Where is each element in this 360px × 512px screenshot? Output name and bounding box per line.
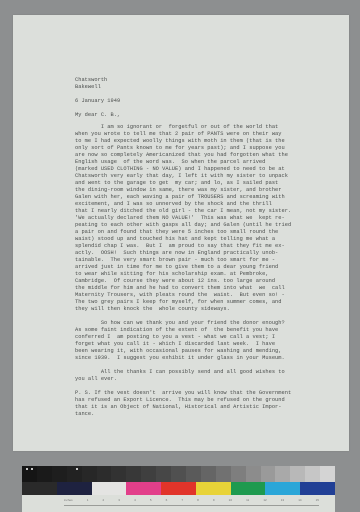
marker-dot [76,468,78,470]
colour-patch [265,482,300,495]
text-line: Chatsworth very early that day, I left i… [75,173,345,180]
text-line: Maternity Trousers, with pleats round th… [75,292,345,299]
grey-step [231,466,246,482]
text-line: been wearing it, with occasional pauses … [75,348,345,355]
text-line: to me I had expected woolly things with … [75,138,345,145]
ruler-label: 4 [134,498,136,505]
text-line: As some faint indication of the extent o… [75,327,345,334]
grey-step [186,466,201,482]
ruler-label: 10 [229,498,232,505]
grey-step [156,466,171,482]
grey-step [97,466,112,482]
grey-step [201,466,216,482]
grey-step [141,466,156,482]
grey-step [22,466,37,482]
ruler-label: 12 [263,498,266,505]
text-line: a pair on and found that they were 5 inc… [75,229,345,236]
grey-step [52,466,67,482]
text-line: excitement, and I was so unnerved by the… [75,201,345,208]
colour-patch [300,482,335,495]
grey-step [37,466,52,482]
text-line: that I nearly ditched the old girl - the… [75,208,345,215]
grey-step [171,466,186,482]
address-line: Bakewell [75,84,345,91]
grey-step [290,466,305,482]
colour-patch [126,482,161,495]
postscript: P. S. If the vest doesn't arrive you wil… [75,390,345,418]
marker-dot [26,468,28,470]
ruler-label: 15 [316,498,319,505]
text-line: arrived just in time for me to give them… [75,264,345,271]
text-line: they will then knock the whole county si… [75,306,345,313]
ruler-label: 3 [118,498,120,505]
grey-step [216,466,231,482]
ruler-label: 13 [281,498,284,505]
text-line: Galen with her, each waving a pair of TR… [75,194,345,201]
text-line: to wear while sitting for his scholarshi… [75,271,345,278]
text-line: the dining-room window in same, there wa… [75,187,345,194]
text-line: tainable. The very smart brown pair - mu… [75,257,345,264]
grey-step [82,466,97,482]
letter-page: Chatsworth Bakewell 6 January 1949 My de… [13,15,349,451]
ruler: inches123456789101112131415 [22,495,335,512]
text-line: English usage of the word was. So when t… [75,159,345,166]
colour-patch [92,482,127,495]
ruler-label: 9 [213,498,215,505]
grey-step [246,466,261,482]
text-line: peating to each other with gasps all day… [75,222,345,229]
grey-step [261,466,276,482]
text-line: (marked USED CLOTHING - NO VALUE) and I … [75,166,345,173]
ruler-label: 2 [103,498,105,505]
text-line: only sort of Pants known to me for years… [75,145,345,152]
ruler-label: 1 [87,498,89,505]
ruler-label: inches [64,498,73,505]
text-line: you all ever. [75,376,345,383]
letter-text: Chatsworth Bakewell 6 January 1949 My de… [75,77,345,418]
grey-step [111,466,126,482]
paragraph-2: So how can we thank you and your friend … [75,320,345,362]
text-line: So how can we thank you and your friend … [75,320,345,327]
ruler-label: 5 [150,498,152,505]
colour-patch [22,482,57,495]
postscript-line: has refused an Export Licence. This may … [75,397,345,404]
ruler-label: 8 [197,498,199,505]
text-line: waist) stood up and touched his hat and … [75,236,345,243]
colour-patch [196,482,231,495]
text-line: are now so completely Americanized that … [75,152,345,159]
grey-step [67,466,82,482]
salutation: My dear C. B., [75,112,345,119]
postscript-line: tance. [75,411,345,418]
text-line: 'We actually declared them NO VALUE!' Th… [75,215,345,222]
ruler-label: 6 [166,498,168,505]
text-line: since 1939. I suggest you exhibit it und… [75,355,345,362]
text-line: Cambridge. Of course they were about 12 … [75,278,345,285]
postscript-line: P. S. If the vest doesn't arrive you wil… [75,390,345,397]
text-line: forget what you call it - which I discar… [75,341,345,348]
grey-step [275,466,290,482]
postscript-line: that it is an Object of National, Histor… [75,404,345,411]
text-line: when you wrote to tell me that 2 pair of… [75,131,345,138]
colour-patch-strip [22,482,335,495]
colour-patch [231,482,266,495]
text-line: The two grey pairs I keep for myself, fo… [75,299,345,306]
colour-patch [57,482,92,495]
text-line: splendid chap I was. But I am proud to s… [75,243,345,250]
marker-dot [31,468,33,470]
text-line: and went to the garage to get my car; an… [75,180,345,187]
greyscale-strip [22,466,335,482]
text-line: conferred I am posting to you a vest - w… [75,334,345,341]
ruler-label: 7 [181,498,183,505]
address-line: Chatsworth [75,77,345,84]
ruler-label: 11 [246,498,249,505]
letter-date: 6 January 1949 [75,98,345,105]
ruler-label: 14 [298,498,301,505]
colour-patch [161,482,196,495]
text-line: actly. OOSH! Such things are now in Engl… [75,250,345,257]
grey-step [320,466,335,482]
text-line: I am so ignorant or forgetful or out of … [75,124,345,131]
grey-step [126,466,141,482]
paragraph-1: I am so ignorant or forgetful or out of … [75,124,345,313]
colour-calibration-chart: inches123456789101112131415 [22,466,335,512]
text-line: the middle for him and he had to convert… [75,285,345,292]
text-line: All the thanks I can possibly send and a… [75,369,345,376]
grey-step [305,466,320,482]
paragraph-3: All the thanks I can possibly send and a… [75,369,345,383]
